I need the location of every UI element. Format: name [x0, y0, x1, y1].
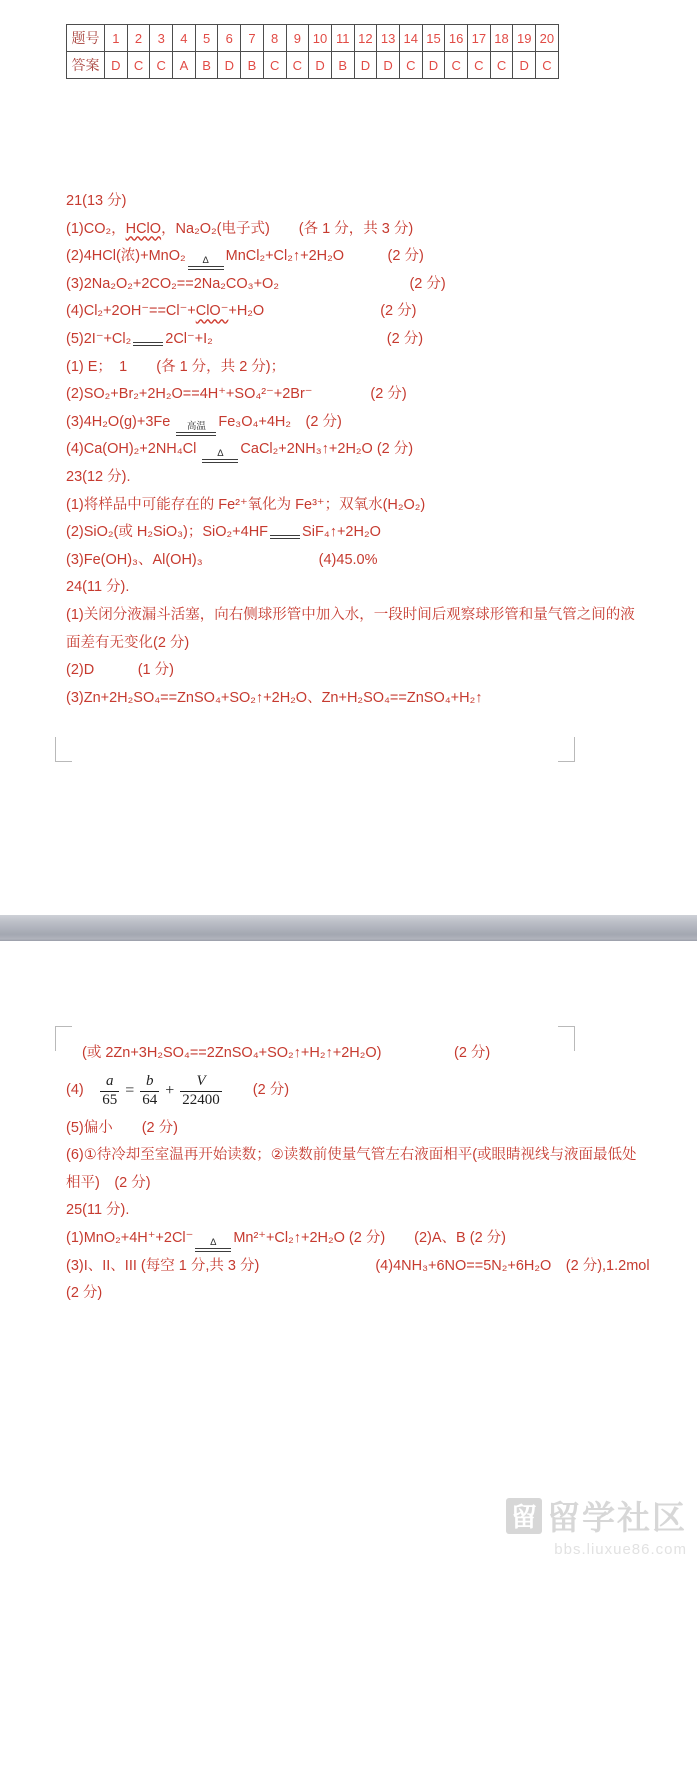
answer-line: (5)2I⁻+Cl₂2Cl⁻+I₂ (2 分) — [66, 326, 641, 354]
watermark-title: 留学社区 — [547, 1492, 687, 1539]
question-number-cell: 16 — [445, 25, 468, 52]
question-number-cell: 13 — [377, 25, 400, 52]
answer-text: (4) — [66, 1077, 98, 1105]
answer-text: (1)关闭分液漏斗活塞，向右侧球形管中加入水，一段时间后观察球形管和量气管之间的… — [66, 607, 635, 623]
answer-letter-cell: C — [468, 52, 491, 79]
answer-line: (6)①待冷却至室温再开始读数；②读数前使量气管左右液面相平(或眼睛视线与液面最… — [66, 1142, 641, 1170]
answer-text: (2)D (1 分) — [66, 662, 174, 678]
answer-text: ，Na₂O₂(电子式) (各 1 分，共 3 分) — [161, 221, 413, 237]
question-number-cell: 20 — [536, 25, 559, 52]
answer-letter-cell: C — [445, 52, 468, 79]
answer-text: (3)I、II、III (每空 1 分,共 3 分) (4)4NH₃+6NO==… — [66, 1258, 650, 1274]
answer-letter-cell: B — [196, 52, 219, 79]
answer-letter-cell: C — [536, 52, 559, 79]
answer-line: (4)Ca(OH)₂+2NH₄Cl ΔCaCl₂+2NH₃↑+2H₂O (2 分… — [66, 436, 641, 464]
reaction-condition-equals: 高温 — [176, 422, 216, 436]
answer-text: (2 分) — [224, 1077, 289, 1105]
answer-text: = — [121, 1077, 138, 1105]
watermark-logo-icon: 留 — [506, 1498, 542, 1534]
question-number-cell: 8 — [264, 25, 287, 52]
fraction: a65 — [100, 1073, 119, 1109]
answer-key-table: 题号 1234567891011121314151617181920 答案 DC… — [66, 24, 559, 79]
answer-line: (1)关闭分液漏斗活塞，向右侧球形管中加入水，一段时间后观察球形管和量气管之间的… — [66, 602, 641, 630]
answer-text: (3)Fe(OH)₃、Al(OH)₃ (4)45.0% — [66, 552, 378, 568]
page-2-answers: (或 2Zn+3H₂SO₄==2ZnSO₄+SO₂↑+H₂↑+2H₂O) (2 … — [66, 1040, 641, 1308]
answer-line: (1)MnO₂+4H⁺+2Cl⁻ΔMn²⁺+Cl₂↑+2H₂O (2 分) (2… — [66, 1225, 641, 1253]
answer-line: 相平) (2 分) — [66, 1170, 641, 1198]
answer-line: 21(13 分) — [66, 188, 641, 216]
question-number-cell: 14 — [400, 25, 423, 52]
answer-letter-cell: D — [513, 52, 536, 79]
answer-line: 面差有无变化(2 分) — [66, 630, 641, 658]
answer-text: (6)①待冷却至室温再开始读数；②读数前使量气管左右液面相平(或眼睛视线与液面最… — [66, 1147, 637, 1163]
answer-text: 21(13 分) — [66, 193, 126, 209]
question-number-cell: 6 — [218, 25, 241, 52]
question-number-cell: 11 — [332, 25, 355, 52]
answer-letter-cell: D — [218, 52, 241, 79]
watermark-url: bbs.liuxue86.com — [506, 1541, 687, 1558]
question-number-cell: 5 — [196, 25, 219, 52]
answer-letter-cell: D — [377, 52, 400, 79]
answer-letter-cell: D — [309, 52, 332, 79]
answer-text: 24(11 分). — [66, 579, 129, 595]
question-number-cell: 9 — [287, 25, 310, 52]
answer-text: 相平) (2 分) — [66, 1175, 151, 1191]
answer-text: (2 分) — [66, 1285, 102, 1301]
answer-text: (4)Cl₂+2OH⁻==Cl⁻+ — [66, 303, 196, 319]
spellcheck-underlined-text: ClO⁻ — [196, 303, 229, 319]
question-number-cell: 7 — [241, 25, 264, 52]
answer-line: (3)2Na₂O₂+2CO₂==2Na₂CO₃+O₂ (2 分) — [66, 271, 641, 299]
answer-text: (3)Zn+2H₂SO₄==ZnSO₄+SO₂↑+2H₂O、Zn+H₂SO₄==… — [66, 690, 482, 706]
answer-text: (1) E； 1 (各 1 分，共 2 分)； — [66, 359, 285, 375]
answer-letter-cell: C — [128, 52, 151, 79]
question-number-row: 题号 1234567891011121314151617181920 — [67, 25, 559, 52]
answer-text: (2)SiO₂(或 H₂SiO₃)；SiO₂+4HF — [66, 524, 268, 540]
page-corner-mark — [55, 737, 72, 762]
answer-line: (2)4HCl(浓)+MnO₂ΔMnCl₂+Cl₂↑+2H₂O (2 分) — [66, 243, 641, 271]
reaction-condition-equals: Δ — [202, 449, 238, 463]
answer-text: CaCl₂+2NH₃↑+2H₂O (2 分) — [240, 441, 413, 457]
answer-letter-cell: D — [105, 52, 128, 79]
answer-line: 25(11 分). — [66, 1197, 641, 1225]
answer-label: 答案 — [67, 52, 105, 79]
answer-text: +H₂O (2 分) — [228, 303, 416, 319]
answer-letter-cells: DCCABDBCCDBDDCDCCCDC — [105, 52, 559, 79]
spellcheck-underlined-text: HClO — [126, 221, 161, 237]
answer-text: (1)MnO₂+4H⁺+2Cl⁻ — [66, 1230, 193, 1246]
page-corner-mark — [558, 737, 575, 762]
reaction-condition-equals — [270, 535, 300, 539]
fraction: b64 — [140, 1073, 159, 1109]
question-number-cell: 19 — [513, 25, 536, 52]
fraction: V22400 — [180, 1073, 222, 1109]
reaction-condition-equals: Δ — [195, 1238, 231, 1252]
answer-letter-cell: C — [287, 52, 310, 79]
answer-line: (3)I、II、III (每空 1 分,共 3 分) (4)4NH₃+6NO==… — [66, 1253, 641, 1281]
answer-line: (2)D (1 分) — [66, 657, 641, 685]
answer-letter-cell: A — [173, 52, 196, 79]
answer-text: (2)SO₂+Br₂+2H₂O==4H⁺+SO₄²⁻+2Br⁻ (2 分) — [66, 386, 407, 402]
answer-line: 24(11 分). — [66, 574, 641, 602]
answer-line: (或 2Zn+3H₂SO₄==2ZnSO₄+SO₂↑+H₂↑+2H₂O) (2 … — [66, 1040, 641, 1068]
answer-letter-cell: B — [332, 52, 355, 79]
question-number-cell: 1 — [105, 25, 128, 52]
answer-line: (3)Fe(OH)₃、Al(OH)₃ (4)45.0% — [66, 547, 641, 575]
reaction-condition-equals: Δ — [188, 256, 224, 270]
answer-text: (4)Ca(OH)₂+2NH₄Cl — [66, 441, 200, 457]
answer-letter-cell: C — [400, 52, 423, 79]
question-number-cell: 4 — [173, 25, 196, 52]
question-number-cell: 3 — [150, 25, 173, 52]
answer-line: (2)SiO₂(或 H₂SiO₃)；SiO₂+4HFSiF₄↑+2H₂O — [66, 519, 641, 547]
answer-text: 25(11 分). — [66, 1202, 129, 1218]
answer-line: (4)Cl₂+2OH⁻==Cl⁻+ClO⁻+H₂O (2 分) — [66, 298, 641, 326]
answer-text: (3)2Na₂O₂+2CO₂==2Na₂CO₃+O₂ (2 分) — [66, 276, 446, 292]
answer-text: MnCl₂+Cl₂↑+2H₂O (2 分) — [226, 248, 424, 264]
question-number-cell: 2 — [128, 25, 151, 52]
answer-line: (1) E； 1 (各 1 分，共 2 分)； — [66, 354, 641, 382]
reaction-condition-equals — [133, 342, 163, 346]
answer-letter-cell: B — [241, 52, 264, 79]
question-number-cell: 17 — [468, 25, 491, 52]
question-number-cell: 18 — [491, 25, 514, 52]
answer-line: (5)偏小 (2 分) — [66, 1115, 641, 1143]
answer-line: (4) a65=b64+V22400 (2 分) — [66, 1068, 641, 1115]
answer-text: (3)4H₂O(g)+3Fe — [66, 414, 174, 430]
answer-text: (2)4HCl(浓)+MnO₂ — [66, 248, 186, 264]
question-number-label: 题号 — [67, 25, 105, 52]
answer-text: 2Cl⁻+I₂ (2 分) — [165, 331, 423, 347]
answer-text: (1)将样品中可能存在的 Fe²⁺氧化为 Fe³⁺；双氧水(H₂O₂) — [66, 497, 425, 513]
answer-line: (1)CO₂，HClO，Na₂O₂(电子式) (各 1 分，共 3 分) — [66, 216, 641, 244]
answer-text: + — [161, 1077, 178, 1105]
question-number-cells: 1234567891011121314151617181920 — [105, 25, 559, 52]
answer-text: Mn²⁺+Cl₂↑+2H₂O (2 分) (2)A、B (2 分) — [233, 1230, 506, 1246]
answer-text: (1)CO₂， — [66, 221, 126, 237]
page-separator-bar — [0, 915, 697, 941]
answer-letter-cell: D — [423, 52, 446, 79]
answer-text: (5)2I⁻+Cl₂ — [66, 331, 131, 347]
answer-letter-cell: D — [355, 52, 378, 79]
answer-line: (2 分) — [66, 1280, 641, 1308]
answer-letter-cell: C — [150, 52, 173, 79]
answer-line: (1)将样品中可能存在的 Fe²⁺氧化为 Fe³⁺；双氧水(H₂O₂) — [66, 492, 641, 520]
answer-text: (或 2Zn+3H₂SO₄==2ZnSO₄+SO₂↑+H₂↑+2H₂O) (2 … — [82, 1045, 490, 1061]
answer-text: (5)偏小 (2 分) — [66, 1120, 178, 1136]
answer-line: (3)Zn+2H₂SO₄==ZnSO₄+SO₂↑+2H₂O、Zn+H₂SO₄==… — [66, 685, 641, 713]
answer-line: 23(12 分). — [66, 464, 641, 492]
answer-letter-row: 答案 DCCABDBCCDBDDCDCCCDC — [67, 52, 559, 79]
answer-text: SiF₄↑+2H₂O — [302, 524, 381, 540]
answer-text: 面差有无变化(2 分) — [66, 635, 189, 651]
answer-letter-cell: C — [264, 52, 287, 79]
question-number-cell: 12 — [355, 25, 378, 52]
question-number-cell: 10 — [309, 25, 332, 52]
answer-text: 23(12 分). — [66, 469, 130, 485]
watermark: 留 留学社区 bbs.liuxue86.com — [506, 1492, 687, 1558]
answer-letter-cell: C — [491, 52, 514, 79]
question-number-cell: 15 — [423, 25, 446, 52]
answer-text: Fe₃O₄+4H₂ (2 分) — [218, 414, 341, 430]
answer-line: (3)4H₂O(g)+3Fe 高温Fe₃O₄+4H₂ (2 分) — [66, 409, 641, 437]
page-1-answers: 21(13 分)(1)CO₂，HClO，Na₂O₂(电子式) (各 1 分，共 … — [66, 188, 641, 712]
answer-line: (2)SO₂+Br₂+2H₂O==4H⁺+SO₄²⁻+2Br⁻ (2 分) — [66, 381, 641, 409]
